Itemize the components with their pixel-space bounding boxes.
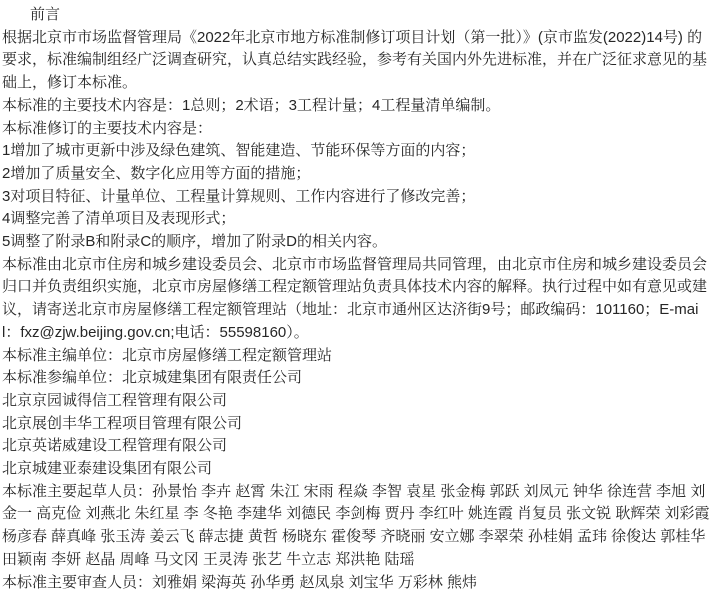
paragraph-revision-item-5: 5调整了附录B和附录C的顺序，增加了附录D的相关内容。	[2, 231, 716, 254]
paragraph-main-drafters: 本标准主要起草人员：孙景怡 李卉 赵霄 朱江 宋雨 程焱 李智 袁星 张金梅 郭…	[2, 481, 716, 572]
paragraph-chief-editing-unit: 本标准主编单位：北京市房屋修缮工程定额管理站	[2, 345, 716, 368]
paragraph-participating-company-3: 北京英诺威建设工程管理有限公司	[2, 435, 716, 458]
paragraph-revision-item-2: 2增加了质量安全、数字化应用等方面的措施；	[2, 163, 716, 186]
document-page: 前言 根据北京市市场监督管理局《2022年北京市地方标准制修订项目计划（第一批）…	[0, 0, 718, 596]
preface-title: 前言	[2, 4, 716, 27]
paragraph-revision-item-1: 1增加了城市更新中涉及绿色建筑、智能建造、节能环保等方面的内容；	[2, 140, 716, 163]
paragraph-participating-company-2: 北京展创丰华工程项目管理有限公司	[2, 413, 716, 436]
paragraph-participating-company-1: 北京京园诚得信工程管理有限公司	[2, 390, 716, 413]
paragraph-revision-item-3: 3对项目特征、计量单位、工程量计算规则、工作内容进行了修改完善；	[2, 186, 716, 209]
paragraph-revision-basis: 根据北京市市场监督管理局《2022年北京市地方标准制修订项目计划（第一批）》(京…	[2, 27, 716, 95]
paragraph-participating-company-4: 北京城建亚泰建设集团有限公司	[2, 458, 716, 481]
paragraph-revision-contents-intro: 本标准修订的主要技术内容是：	[2, 118, 716, 141]
paragraph-management-and-contact: 本标准由北京市住房和城乡建设委员会、北京市市场监督管理局共同管理，由北京市住房和…	[2, 254, 716, 345]
paragraph-main-reviewers: 本标准主要审查人员：刘雅娟 梁海英 孙华勇 赵凤泉 刘宝华 万彩林 熊炜	[2, 572, 716, 595]
paragraph-revision-item-4: 4调整完善了清单项目及表现形式；	[2, 208, 716, 231]
paragraph-participating-unit: 本标准参编单位：北京城建集团有限责任公司	[2, 367, 716, 390]
paragraph-main-technical-contents: 本标准的主要技术内容是：1总则；2术语；3工程计量；4工程量清单编制。	[2, 95, 716, 118]
